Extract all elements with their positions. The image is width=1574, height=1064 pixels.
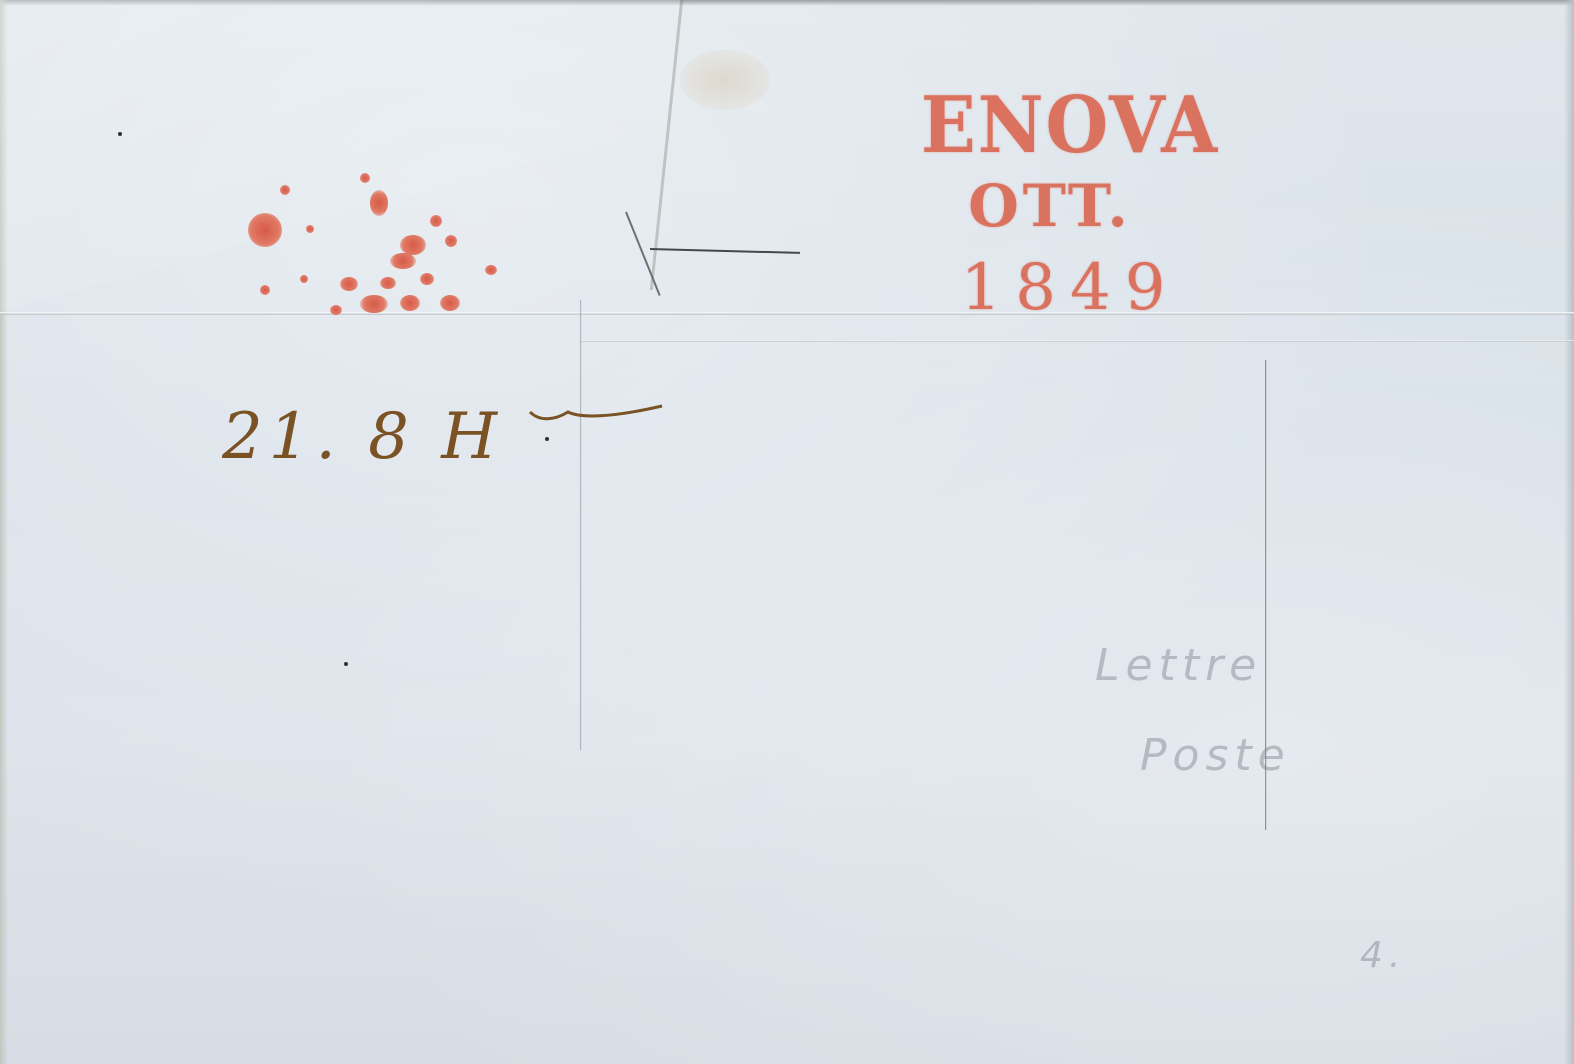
docket-flourish (520, 400, 670, 430)
postmark-month: OTT. (900, 173, 1200, 239)
pencil-note-2: Poste (1140, 730, 1291, 781)
postmark-city: ENOVA (890, 82, 1250, 168)
wax-seal-residue (240, 165, 500, 315)
horizontal-fold (0, 312, 1574, 315)
postmark: ENOVA OTT. 1849 (870, 85, 1250, 335)
ink-speck (545, 437, 549, 441)
vertical-fold-left (580, 300, 582, 750)
postmark-year: 1849 (940, 253, 1200, 323)
horizontal-fold-secondary (580, 340, 1574, 342)
right-edge (1564, 0, 1574, 1064)
pencil-note-corner: 4. (1360, 935, 1406, 976)
ink-speck (118, 132, 122, 136)
age-stain (680, 50, 770, 110)
ink-speck (344, 662, 348, 666)
paper-crease (650, 248, 800, 254)
pencil-note-1: Lettre (1095, 640, 1262, 691)
letter-sheet: ENOVA OTT. 1849 21. 8 H Lettre Poste 4. (0, 0, 1574, 1064)
